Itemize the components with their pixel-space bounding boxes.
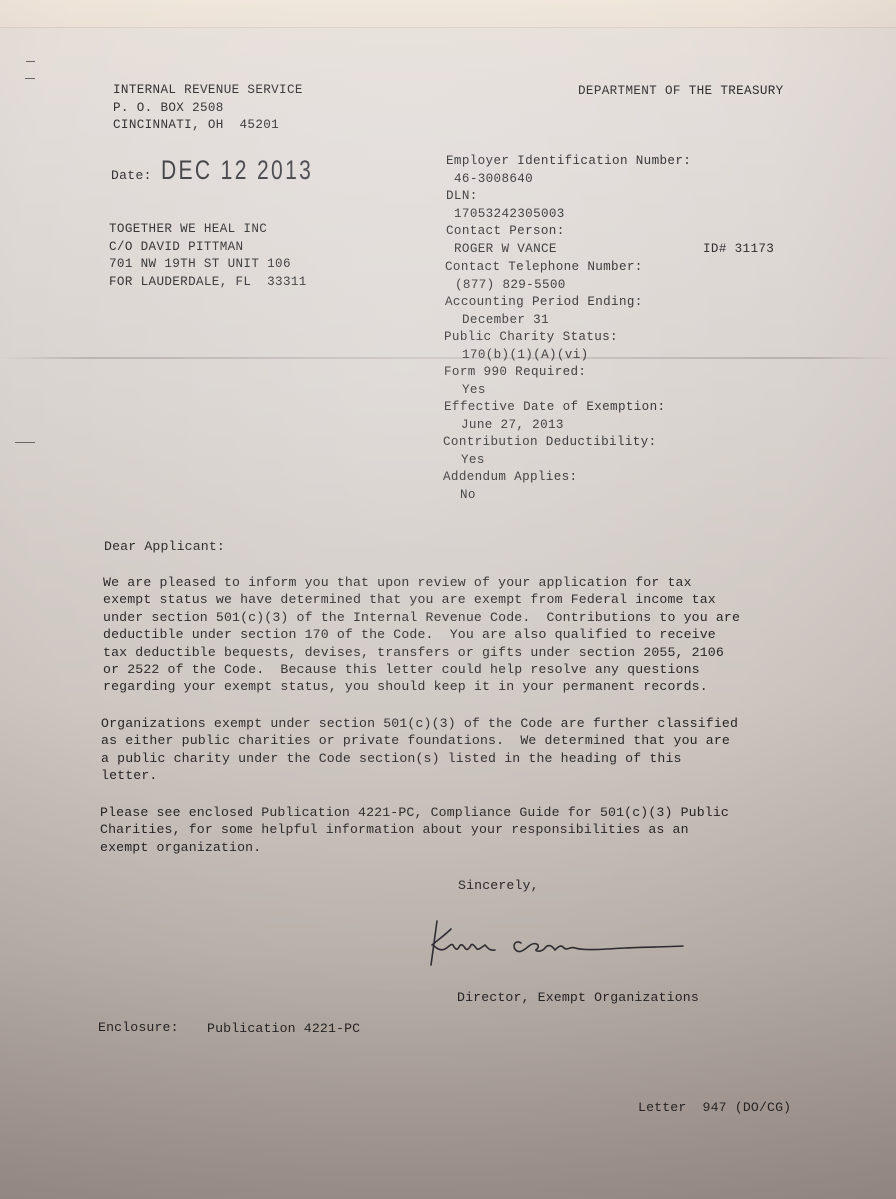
dln-value: 17053242305003: [454, 206, 565, 224]
paragraph-publication: Please see enclosed Publication 4221-PC,…: [100, 804, 820, 856]
date-label: Date:: [111, 167, 152, 185]
deductibility-label: Contribution Deductibility:: [443, 434, 657, 452]
charity-status-label: Public Charity Status:: [444, 329, 618, 347]
form990-value: Yes: [462, 382, 486, 400]
phone-value: (877) 829-5500: [455, 277, 566, 295]
contact-id: ID# 31173: [703, 241, 774, 259]
contact-person-value: ROGER W VANCE: [454, 241, 557, 259]
agency-po-box: P. O. BOX 2508: [113, 100, 224, 118]
deductibility-value: Yes: [461, 452, 485, 470]
ein-label: Employer Identification Number:: [446, 153, 691, 171]
paper-top-edge: [0, 0, 896, 28]
agency-city: CINCINNATI, OH 45201: [113, 117, 279, 135]
paragraph-exemption: We are pleased to inform you that upon r…: [103, 574, 823, 696]
dln-label: DLN:: [446, 188, 478, 206]
recipient-city: FOR LAUDERDALE, FL 33311: [109, 274, 307, 292]
contact-person-label: Contact Person:: [446, 223, 565, 241]
closing: Sincerely,: [458, 877, 896, 894]
enclosure-value: Publication 4221-PC: [207, 1020, 896, 1037]
margin-mark: [26, 61, 35, 62]
accounting-period-label: Accounting Period Ending:: [445, 294, 643, 312]
date-stamp: DEC 12 2013: [161, 155, 313, 186]
agency-name: INTERNAL REVENUE SERVICE: [113, 82, 303, 100]
recipient-care-of: C/O DAVID PITTMAN: [109, 239, 243, 257]
paragraph-classification: Organizations exempt under section 501(c…: [101, 715, 821, 785]
margin-mark: [25, 78, 35, 79]
form990-label: Form 990 Required:: [444, 364, 586, 382]
signature: [425, 915, 695, 975]
department-name: DEPARTMENT OF THE TREASURY: [578, 83, 784, 101]
addendum-value: No: [460, 487, 476, 505]
effective-date-label: Effective Date of Exemption:: [444, 399, 665, 417]
accounting-period-value: December 31: [462, 312, 549, 330]
recipient-street: 701 NW 19TH ST UNIT 106: [109, 256, 291, 274]
ein-value: 46-3008640: [454, 171, 533, 189]
charity-status-value: 170(b)(1)(A)(vi): [462, 347, 589, 365]
paper-fold-line: [0, 357, 896, 359]
signer-title: Director, Exempt Organizations: [457, 989, 896, 1006]
margin-mark: [15, 442, 35, 443]
effective-date-value: June 27, 2013: [461, 417, 564, 435]
salutation: Dear Applicant:: [104, 538, 824, 555]
phone-label: Contact Telephone Number:: [445, 259, 643, 277]
form-number: Letter 947 (DO/CG): [638, 1099, 896, 1116]
recipient-name: TOGETHER WE HEAL INC: [109, 221, 267, 239]
addendum-label: Addendum Applies:: [443, 469, 577, 487]
